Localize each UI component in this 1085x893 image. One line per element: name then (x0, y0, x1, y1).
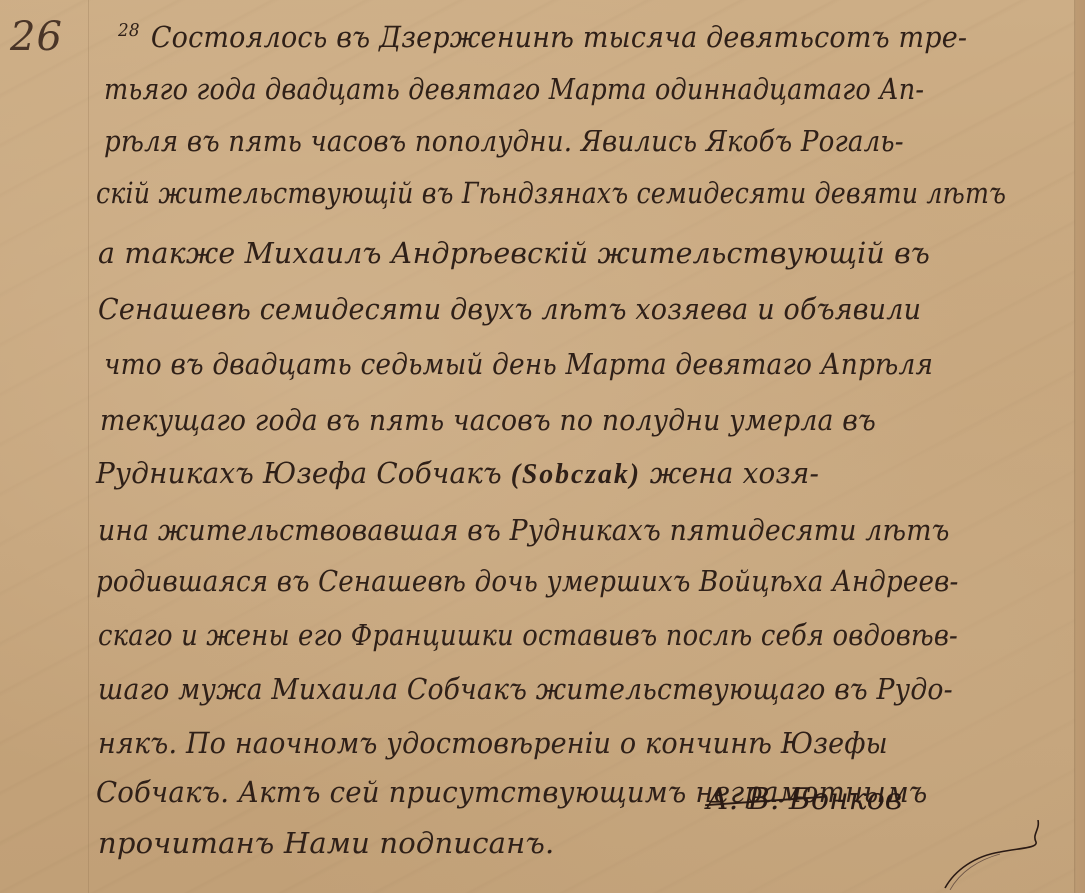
entry-number: 26 (10, 14, 63, 60)
text-line-content: а также Михаилъ Андрѣевскій жительствующ… (98, 236, 930, 270)
text-line-content: скій жительствующій въ Гѣндзянахъ семиде… (96, 176, 1006, 210)
margin-line (88, 0, 89, 893)
text-line: 28Состоялось въ Дзерженинѣ тысяча девять… (118, 20, 967, 54)
text-line: прочитанъ Нами подписанъ. (98, 826, 554, 860)
text-line-content: текущаго года въ пять часовъ по полудни … (100, 403, 876, 437)
text-line-content: тьяго года двадцать девятаго Марта одинн… (104, 72, 924, 106)
text-line: текущаго года въ пять часовъ по полудни … (100, 403, 876, 437)
text-line: родившаяся въ Сенашевѣ дочь умершихъ Вой… (96, 564, 959, 598)
text-line: рѣля въ пять часовъ пополудни. Явились Я… (104, 124, 904, 158)
text-line: тьяго года двадцать девятаго Марта одинн… (104, 72, 924, 106)
text-line-content: родившаяся въ Сенашевѣ дочь умершихъ Вой… (96, 564, 959, 598)
text-line-content: что въ двадцать седьмый день Марта девят… (104, 347, 933, 381)
text-line-content: Состоялось въ Дзерженинѣ тысяча девятьсо… (151, 20, 967, 54)
text-line: что въ двадцать седьмый день Марта девят… (104, 347, 933, 381)
text-line: ина жительствовавшая въ Рудникахъ пятиде… (98, 513, 950, 547)
text-line-continuation: жена хозя- (650, 456, 819, 490)
text-line-content: някъ. По наочномъ удостовѣреніи о кончин… (98, 726, 888, 760)
text-line: Сенашевѣ семидесяти двухъ лѣтъ хозяева и… (98, 292, 921, 326)
text-line-content: рѣля въ пять часовъ пополудни. Явились Я… (104, 124, 904, 158)
page-edge (1074, 0, 1085, 893)
text-line: шаго мужа Михаила Собчакъ жительствующаг… (98, 672, 953, 706)
text-line-content: скаго и жены его Францишки оставивъ посл… (98, 618, 958, 652)
text-line: Рудникахъ Юзефа Собчакъ (Sobczak) жена х… (96, 456, 819, 491)
entry-marker: 28 (118, 20, 140, 41)
signature: А. В. Бонков (706, 782, 902, 817)
text-line-content: шаго мужа Михаила Собчакъ жительствующаг… (98, 672, 953, 706)
text-line-content: прочитанъ Нами подписанъ. (98, 826, 554, 860)
text-line: някъ. По наочномъ удостовѣреніи о кончин… (98, 726, 888, 760)
latin-surname: (Sobczak) (502, 458, 650, 490)
text-line: скаго и жены его Францишки оставивъ посл… (98, 618, 958, 652)
signature-flourish-icon (920, 820, 1060, 890)
text-line: а также Михаилъ Андрѣевскій жительствующ… (98, 236, 930, 270)
text-line: скій жительствующій въ Гѣндзянахъ семиде… (96, 176, 1006, 210)
text-line-content: Сенашевѣ семидесяти двухъ лѣтъ хозяева и… (98, 292, 921, 326)
text-line-content: ина жительствовавшая въ Рудникахъ пятиде… (98, 513, 950, 547)
document-page: 26 28Состоялось въ Дзерженинѣ тысяча дев… (0, 0, 1085, 893)
text-line-content: Рудникахъ Юзефа Собчакъ (96, 456, 502, 490)
